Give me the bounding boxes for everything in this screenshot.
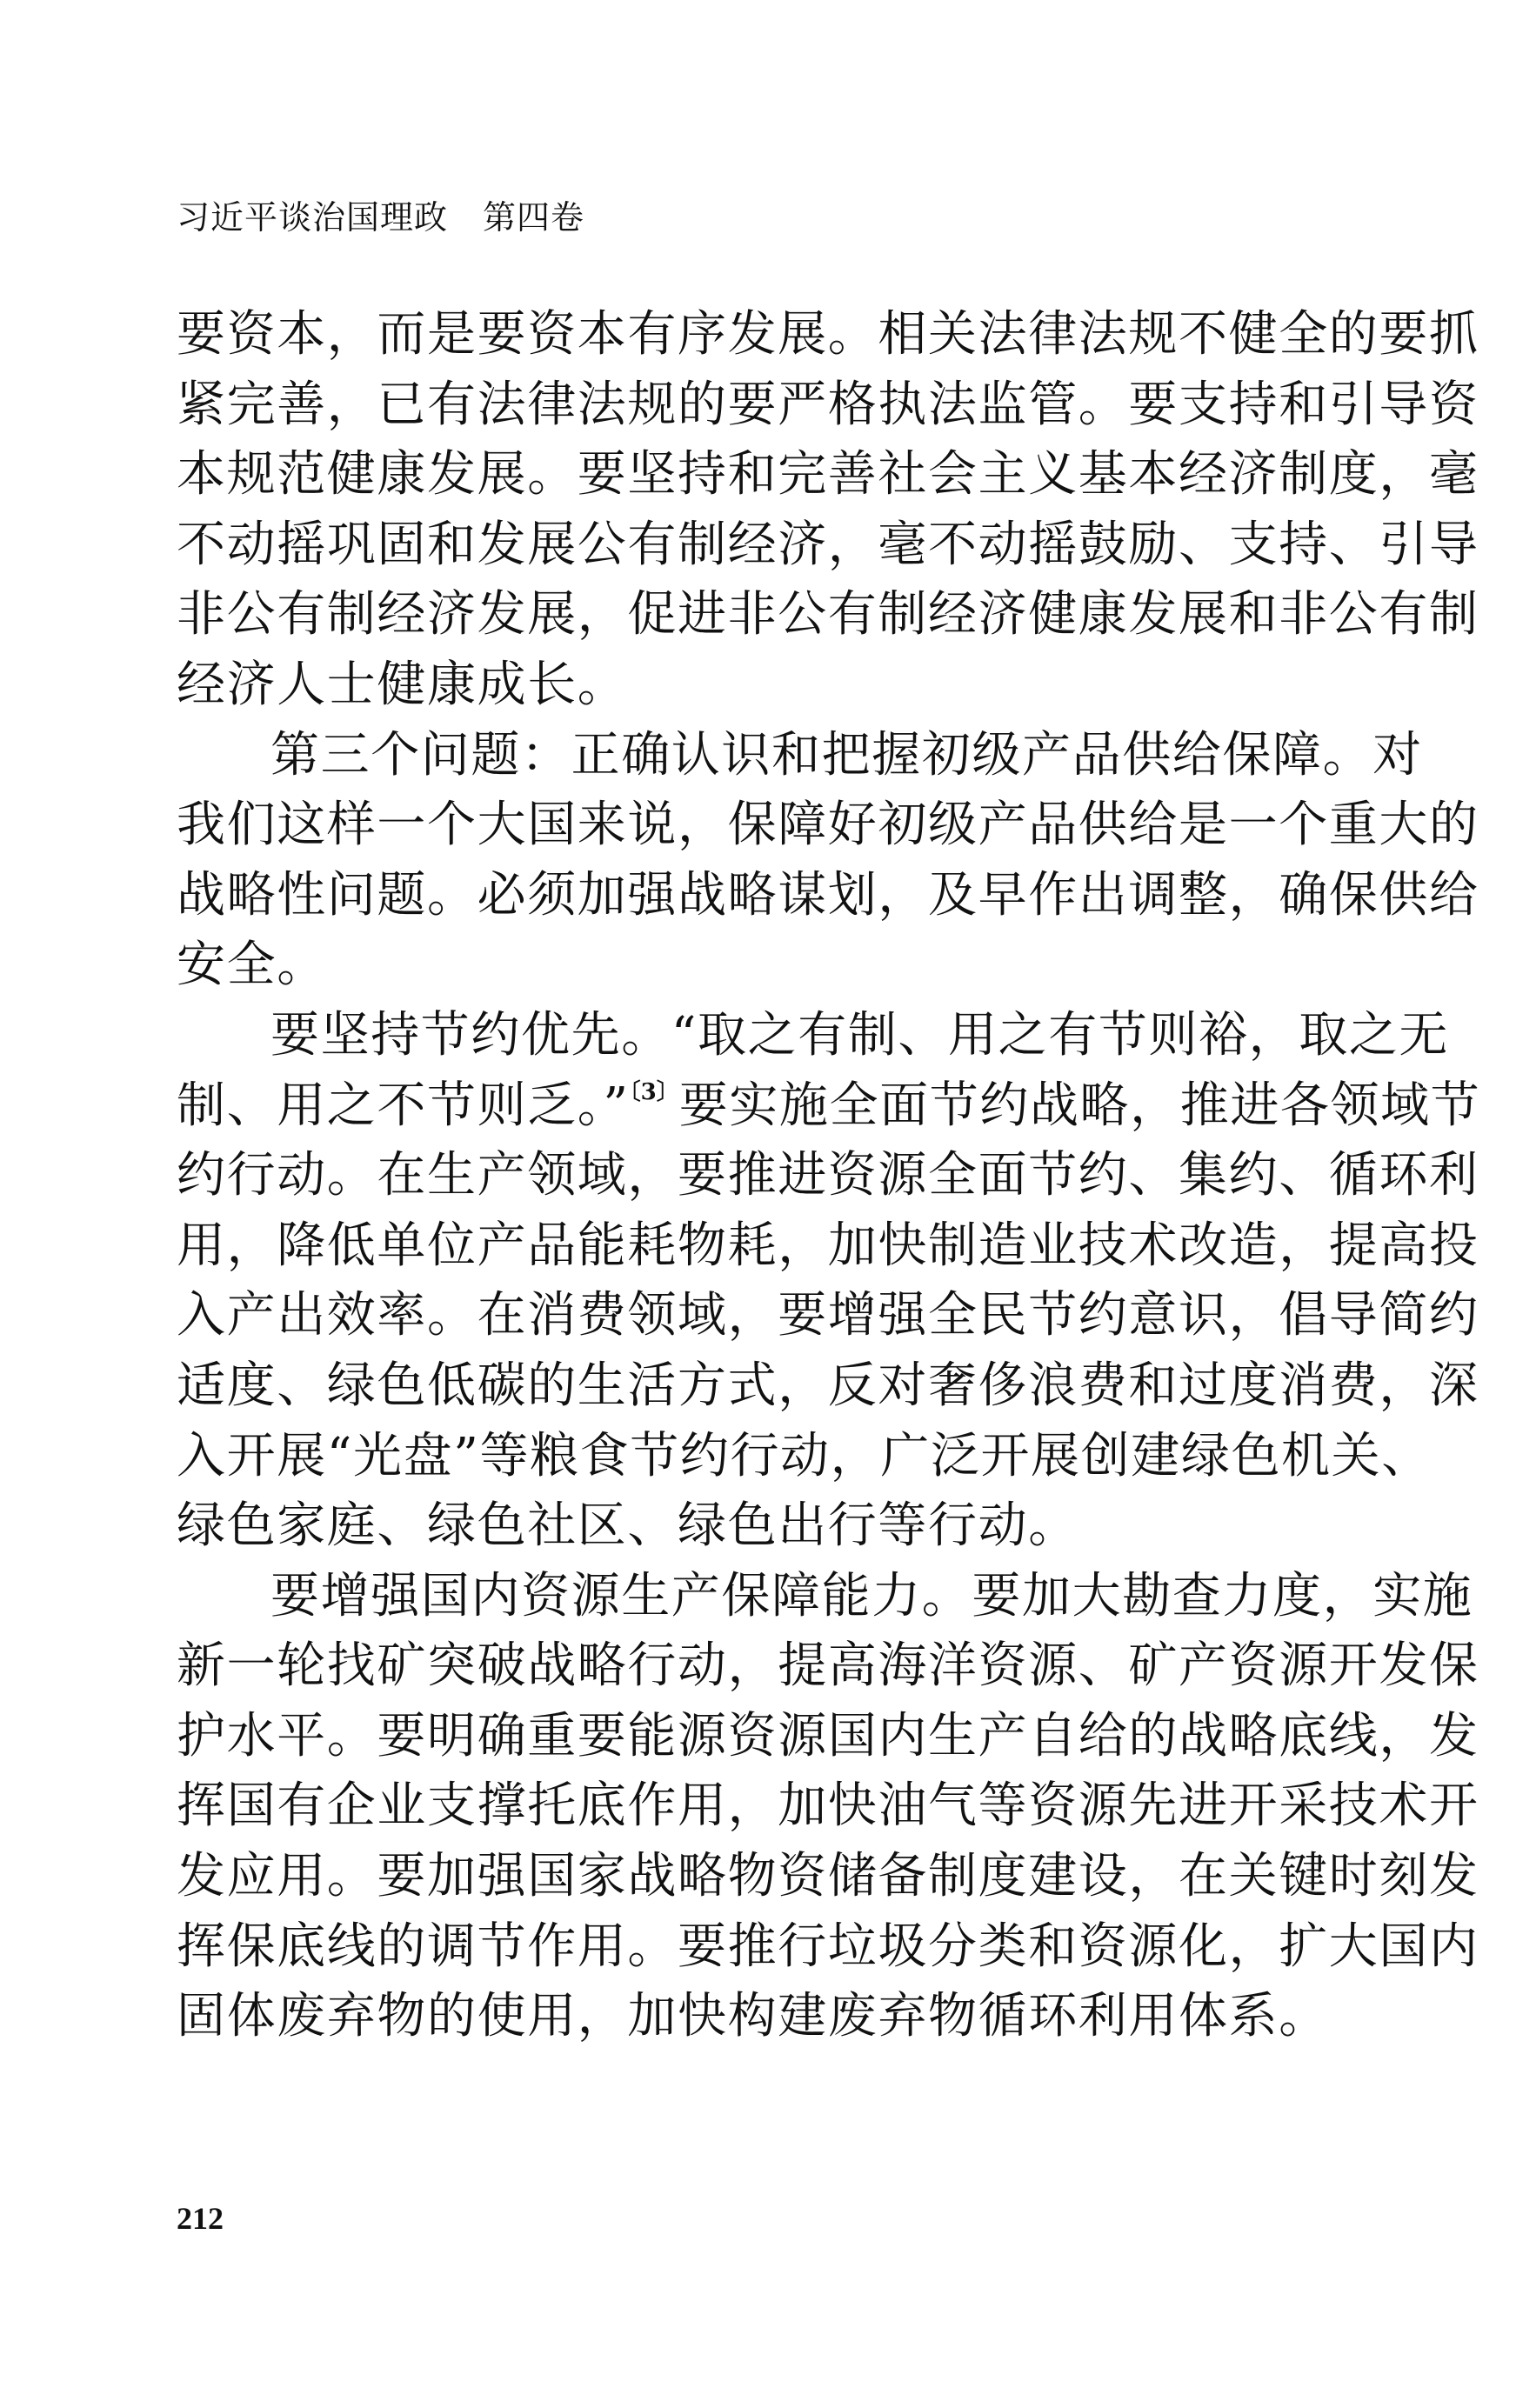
text-line: 约行动。在生产领域，要推进资源全面节约、集约、循环利 (177, 1141, 1364, 1211)
volume-label: 第四卷 (483, 198, 584, 237)
text-line: 新一轮找矿突破战略行动，提高海洋资源、矿产资源开发保 (177, 1631, 1364, 1702)
text-line-with-footnote: 制、用之不节则乏。”〔3〕要实施全面节约战略，推进各领域节 (177, 1071, 1364, 1142)
text-line: 发应用。要加强国家战略物资储备制度建设，在关键时刻发 (177, 1842, 1364, 1912)
text-line: 挥国有企业支撑托底作用，加快油气等资源先进开采技术开 (177, 1771, 1364, 1842)
paragraph-2: 第三个问题：正确认识和把握初级产品供给保障。对 我们这样一个大国来说，保障好初级… (177, 721, 1364, 1001)
paragraph-1: 要资本，而是要资本有序发展。相关法律法规不健全的要抓 紧完善，已有法律法规的要严… (177, 300, 1364, 721)
text-line: 用，降低单位产品能耗物耗，加快制造业技术改造，提高投 (177, 1211, 1364, 1282)
text-line: 挥保底线的调节作用。要推行垃圾分类和资源化，扩大国内 (177, 1912, 1364, 1983)
text-line: 适度、绿色低碳的生活方式，反对奢侈浪费和过度消费，深 (177, 1351, 1364, 1422)
text-line: 入开展“光盘”等粮食节约行动，广泛开展创建绿色机关、 (177, 1422, 1364, 1492)
page-number: 212 (177, 2200, 224, 2237)
text-line: 战略性问题。必须加强战略谋划，及早作出调整，确保供给 (177, 861, 1364, 931)
text-line: 非公有制经济发展，促进非公有制经济健康发展和非公有制 (177, 580, 1364, 650)
text-line: 第三个问题：正确认识和把握初级产品供给保障。对 (177, 721, 1364, 791)
paragraph-3: 要坚持节约优先。“取之有制、用之有节则裕，取之无 制、用之不节则乏。”〔3〕要实… (177, 1001, 1364, 1562)
body-text: 要资本，而是要资本有序发展。相关法律法规不健全的要抓 紧完善，已有法律法规的要严… (177, 300, 1364, 2052)
text-line: 不动摇巩固和发展公有制经济，毫不动摇鼓励、支持、引导 (177, 510, 1364, 581)
paragraph-4: 要增强国内资源生产保障能力。要加大勘查力度，实施 新一轮找矿突破战略行动，提高海… (177, 1562, 1364, 2052)
text-line: 安全。 (177, 931, 1364, 1001)
text-line: 我们这样一个大国来说，保障好初级产品供给是一个重大的 (177, 790, 1364, 861)
text-line: 绿色家庭、绿色社区、绿色出行等行动。 (177, 1491, 1364, 1562)
footnote-marker[interactable]: 〔3〕 (630, 1079, 679, 1105)
text-line: 要坚持节约优先。“取之有制、用之有节则裕，取之无 (177, 1001, 1364, 1071)
text-line: 护水平。要明确重要能源资源国内生产自给的战略底线，发 (177, 1702, 1364, 1772)
quote-end: 制、用之不节则乏。” (177, 1077, 630, 1134)
text-line: 经济人士健康成长。 (177, 650, 1364, 721)
text-line: 要增强国内资源生产保障能力。要加大勘查力度，实施 (177, 1562, 1364, 1632)
text-line: 紧完善，已有法律法规的要严格执法监管。要支持和引导资 (177, 370, 1364, 441)
running-header: 习近平谈治国理政第四卷 (177, 198, 584, 237)
text-line: 入产出效率。在消费领域，要增强全民节约意识，倡导简约 (177, 1281, 1364, 1351)
text-line: 要资本，而是要资本有序发展。相关法律法规不健全的要抓 (177, 300, 1364, 370)
text-line: 本规范健康发展。要坚持和完善社会主义基本经济制度，毫 (177, 440, 1364, 510)
text-line: 固体废弃物的使用，加快构建废弃物循环利用体系。 (177, 1982, 1364, 2052)
quote-continuation: 要实施全面节约战略，推进各领域节 (679, 1077, 1481, 1134)
book-title: 习近平谈治国理政 (177, 198, 448, 237)
